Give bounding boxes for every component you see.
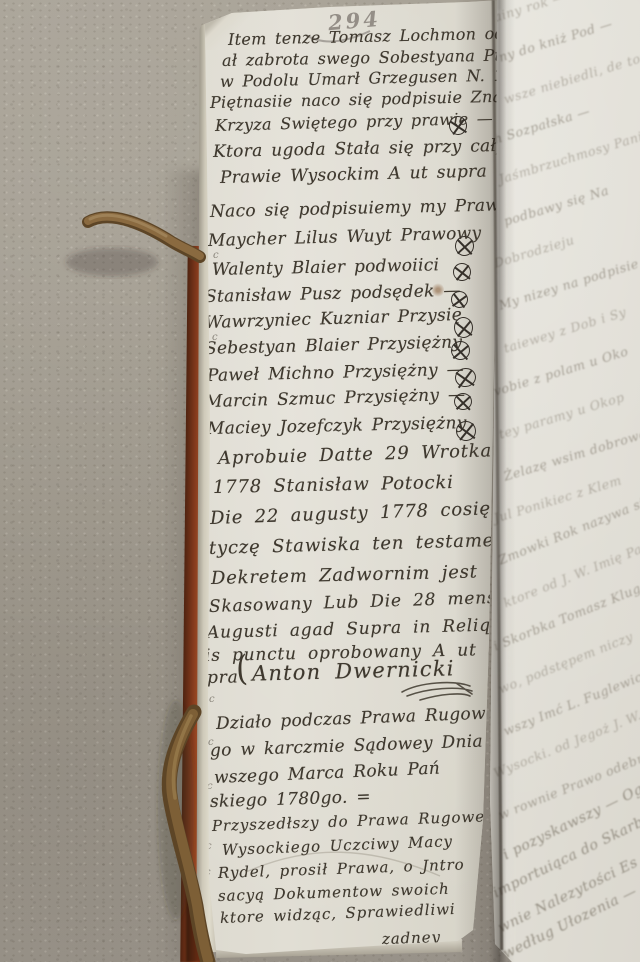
- leather-ties-overlay: [0, 0, 640, 962]
- photo-scene: 294 Item tenze Tomasz Lochmon odebrał za…: [0, 0, 640, 962]
- strap-shadow: [66, 248, 158, 276]
